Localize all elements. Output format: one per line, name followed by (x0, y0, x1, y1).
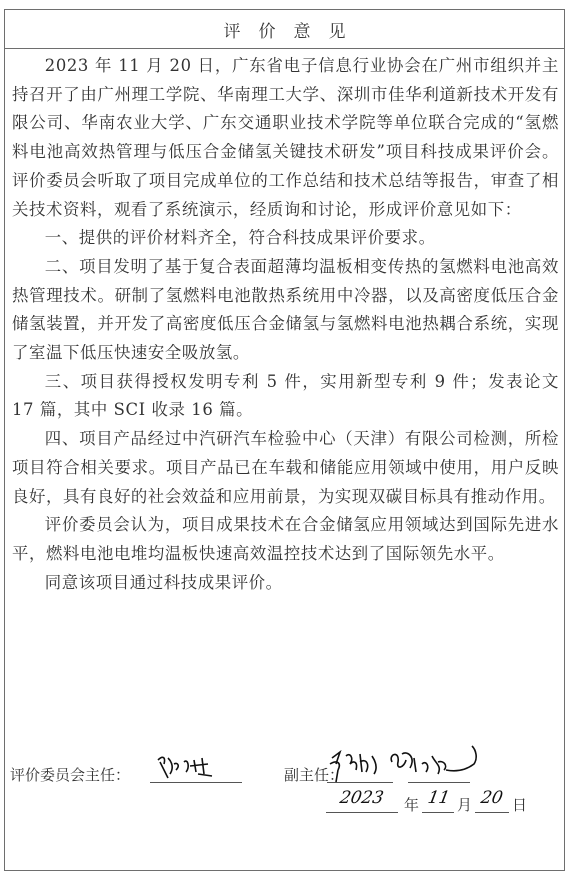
paragraph-approval: 同意该项目通过科技成果评价。 (12, 569, 559, 598)
chair-label: 评价委员会主任： (10, 764, 130, 785)
form-title: 评价意见 (206, 17, 364, 42)
chair-signature-line (150, 782, 242, 783)
day-line (475, 812, 509, 813)
title-row: 评价意见 (5, 10, 564, 49)
paragraph-item-3: 三、项目获得授权发明专利 5 件，实用新型专利 9 件；发表论文 17 篇，其中… (12, 368, 559, 425)
paragraph-item-4: 四、项目产品经过中汽研汽车检验中心（天津）有限公司检测，所检项目符合相关要求。项… (12, 425, 559, 511)
paragraph-conclusion: 评价委员会认为，项目成果技术在合金储氢应用领域达到国际先进水平，燃料电池电堆均温… (12, 511, 559, 568)
signature-row: 评价委员会主任： 副主任： (8, 756, 558, 786)
year-value: 2023 (338, 788, 385, 808)
day-label: 日 (512, 794, 527, 815)
evaluation-opinion-form: 评价意见 2023 年 11 月 20 日，广东省电子信息行业协会在广州市组织并… (4, 9, 565, 871)
chair-signature (154, 752, 244, 782)
month-label: 月 (457, 794, 472, 815)
paragraph-item-1: 一、提供的评价材料齐全，符合科技成果评价要求。 (12, 224, 559, 253)
month-value: 11 (426, 788, 451, 808)
opinion-body: 2023 年 11 月 20 日，广东省电子信息行业协会在广州市组织并主持召开了… (5, 49, 564, 597)
month-line (422, 812, 454, 813)
paragraph-intro: 2023 年 11 月 20 日，广东省电子信息行业协会在广州市组织并主持召开了… (12, 52, 559, 224)
day-value: 20 (479, 788, 504, 808)
year-label: 年 (404, 794, 419, 815)
date-row: 2023 年 11 月 20 日 (0, 788, 561, 818)
year-line (326, 812, 398, 813)
vice-chair-signatures (326, 744, 486, 784)
paragraph-item-2: 二、项目发明了基于复合表面超薄均温板相变传热的氢燃料电池高效热管理技术。研制了氢… (12, 253, 559, 368)
